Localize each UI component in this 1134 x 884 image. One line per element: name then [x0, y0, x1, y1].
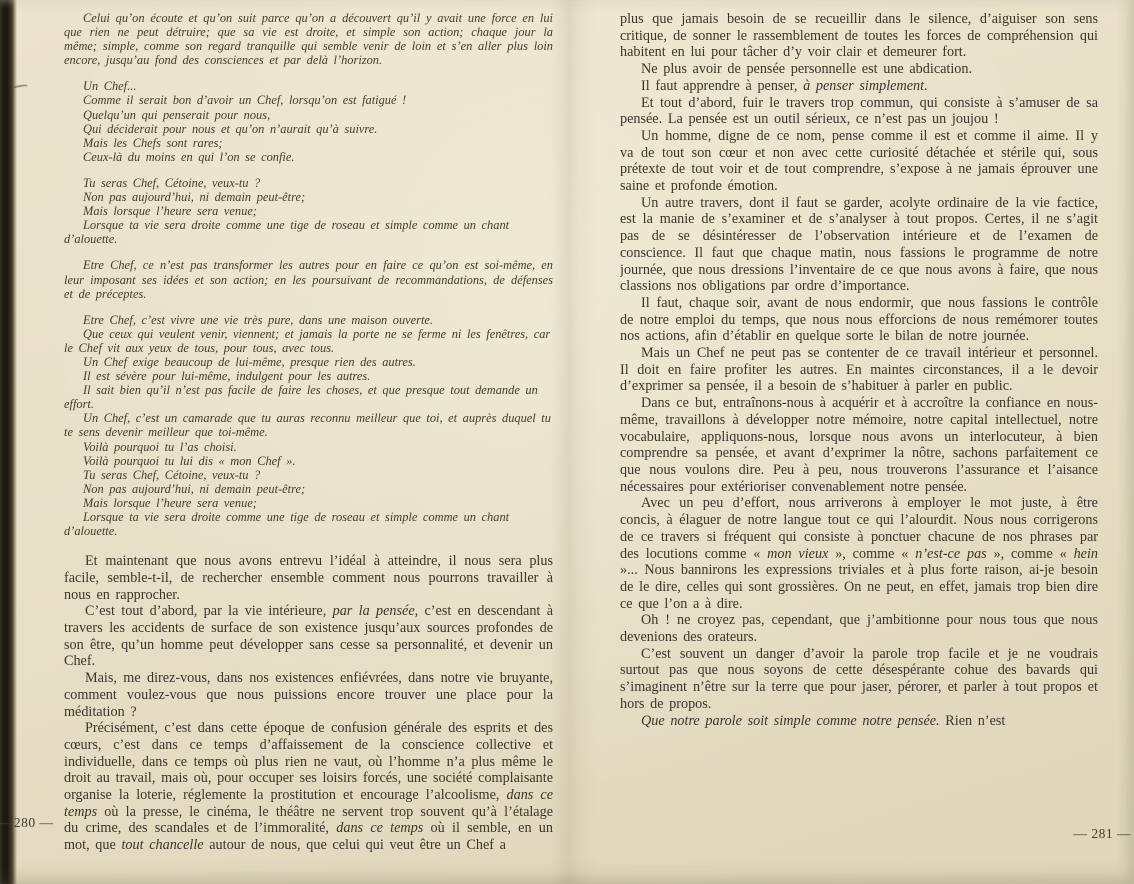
verse-group: Etre Chef, c’est vivre une vie très pure… [64, 313, 553, 539]
body-paragraph: Il faut apprendre à penser, à penser sim… [620, 78, 1098, 95]
body-paragraph: Mais, me direz-vous, dans nos existences… [64, 670, 553, 720]
body-paragraph: Il faut, chaque soir, avant de nous endo… [620, 295, 1098, 345]
verse-line: Mais lorsque l’heure sera venue; [64, 496, 553, 510]
verse-line: Lorsque ta vie sera droite comme une tig… [64, 218, 553, 246]
verse-line: Qui déciderait pour nous et qu’on n’aura… [64, 122, 553, 136]
body-paragraph: plus que jamais besoin de se recueillir … [620, 11, 1098, 61]
verse-group: Un Chef...Comme il serait bon d’avoir un… [64, 79, 553, 164]
body-paragraph: Avec un peu d’effort, nous arriverons à … [620, 495, 1098, 612]
body-paragraph: Un autre travers, dont il faut se garder… [620, 195, 1098, 295]
verse-line: Mais lorsque l’heure sera venue; [64, 204, 553, 218]
body-paragraph: C’est tout d’abord, par la vie intérieur… [64, 603, 553, 670]
page-gutter-shadow [550, 0, 596, 884]
body-paragraph: Mais un Chef ne peut pas se contenter de… [620, 345, 1098, 395]
body-paragraph: Que notre parole soit simple comme notre… [620, 713, 1098, 730]
verse-line: Etre Chef, c’est vivre une vie très pure… [64, 313, 553, 327]
body-paragraph: Et maintenant que nous avons entrevu l’i… [64, 553, 553, 603]
verse-line: Que ceux qui veulent venir, viennent; et… [64, 327, 553, 355]
body-paragraph: C’est souvent un danger d’avoir la parol… [620, 646, 1098, 713]
verse-line: Tu seras Chef, Cétoine, veux-tu ? [64, 468, 553, 482]
page-right-text-column: plus que jamais besoin de se recueillir … [620, 11, 1098, 873]
body-paragraph: Un homme, digne de ce nom, pense comme i… [620, 128, 1098, 195]
verse-line: Voilà pourquoi tu lui dis « mon Chef ». [64, 454, 553, 468]
body-paragraph: Dans ce but, entraînons-nous à acquérir … [620, 395, 1098, 495]
verse-group: Tu seras Chef, Cétoine, veux-tu ?Non pas… [64, 176, 553, 246]
page-number-left: — 280 — [0, 815, 54, 831]
book-spread: Celui qu’on écoute et qu’on suit parce q… [0, 0, 1134, 884]
pencil-mark [13, 84, 29, 92]
page-left-text-column: Celui qu’on écoute et qu’on suit parce q… [64, 11, 553, 853]
verse-line: Un Chef, c’est un camarade que tu auras … [64, 411, 553, 439]
verse-line: Un Chef... [64, 79, 553, 93]
quote-paragraph: Celui qu’on écoute et qu’on suit parce q… [64, 11, 553, 67]
page-number-right: — 281 — [1074, 826, 1132, 842]
verse-line: Il sait bien qu’il n’est pas facile de f… [64, 383, 553, 411]
verse-line: Voilà pourquoi tu l’as choisi. [64, 440, 553, 454]
verse-line: Comme il serait bon d’avoir un Chef, lor… [64, 93, 553, 107]
verse-line: Non pas aujourd’hui, ni demain peut-être… [64, 482, 553, 496]
verse-line: Mais les Chefs sont rares; [64, 136, 553, 150]
verse-line: Lorsque ta vie sera droite comme une tig… [64, 510, 553, 538]
verse-line: Quelqu’un qui penserait pour nous, [64, 108, 553, 122]
verse-line: Non pas aujourd’hui, ni demain peut-être… [64, 190, 553, 204]
book-left-edge [0, 0, 17, 884]
verse-line: Ceux-là du moins en qui l’on se confie. [64, 150, 553, 164]
body-paragraph: Ne plus avoir de pensée personnelle est … [620, 61, 1098, 78]
body-paragraph: Et tout d’abord, fuir le travers trop co… [620, 95, 1098, 128]
verse-line: Un Chef exige beaucoup de lui-même, pres… [64, 355, 553, 369]
body-paragraph: Précisément, c’est dans cette époque de … [64, 720, 553, 853]
verse-line: Il est sévère pour lui-même, indulgent p… [64, 369, 553, 383]
body-paragraph: Oh ! ne croyez pas, cependant, que j’amb… [620, 612, 1098, 645]
verse-line: Tu seras Chef, Cétoine, veux-tu ? [64, 176, 553, 190]
quote-paragraph: Etre Chef, ce n’est pas transformer les … [64, 258, 553, 300]
